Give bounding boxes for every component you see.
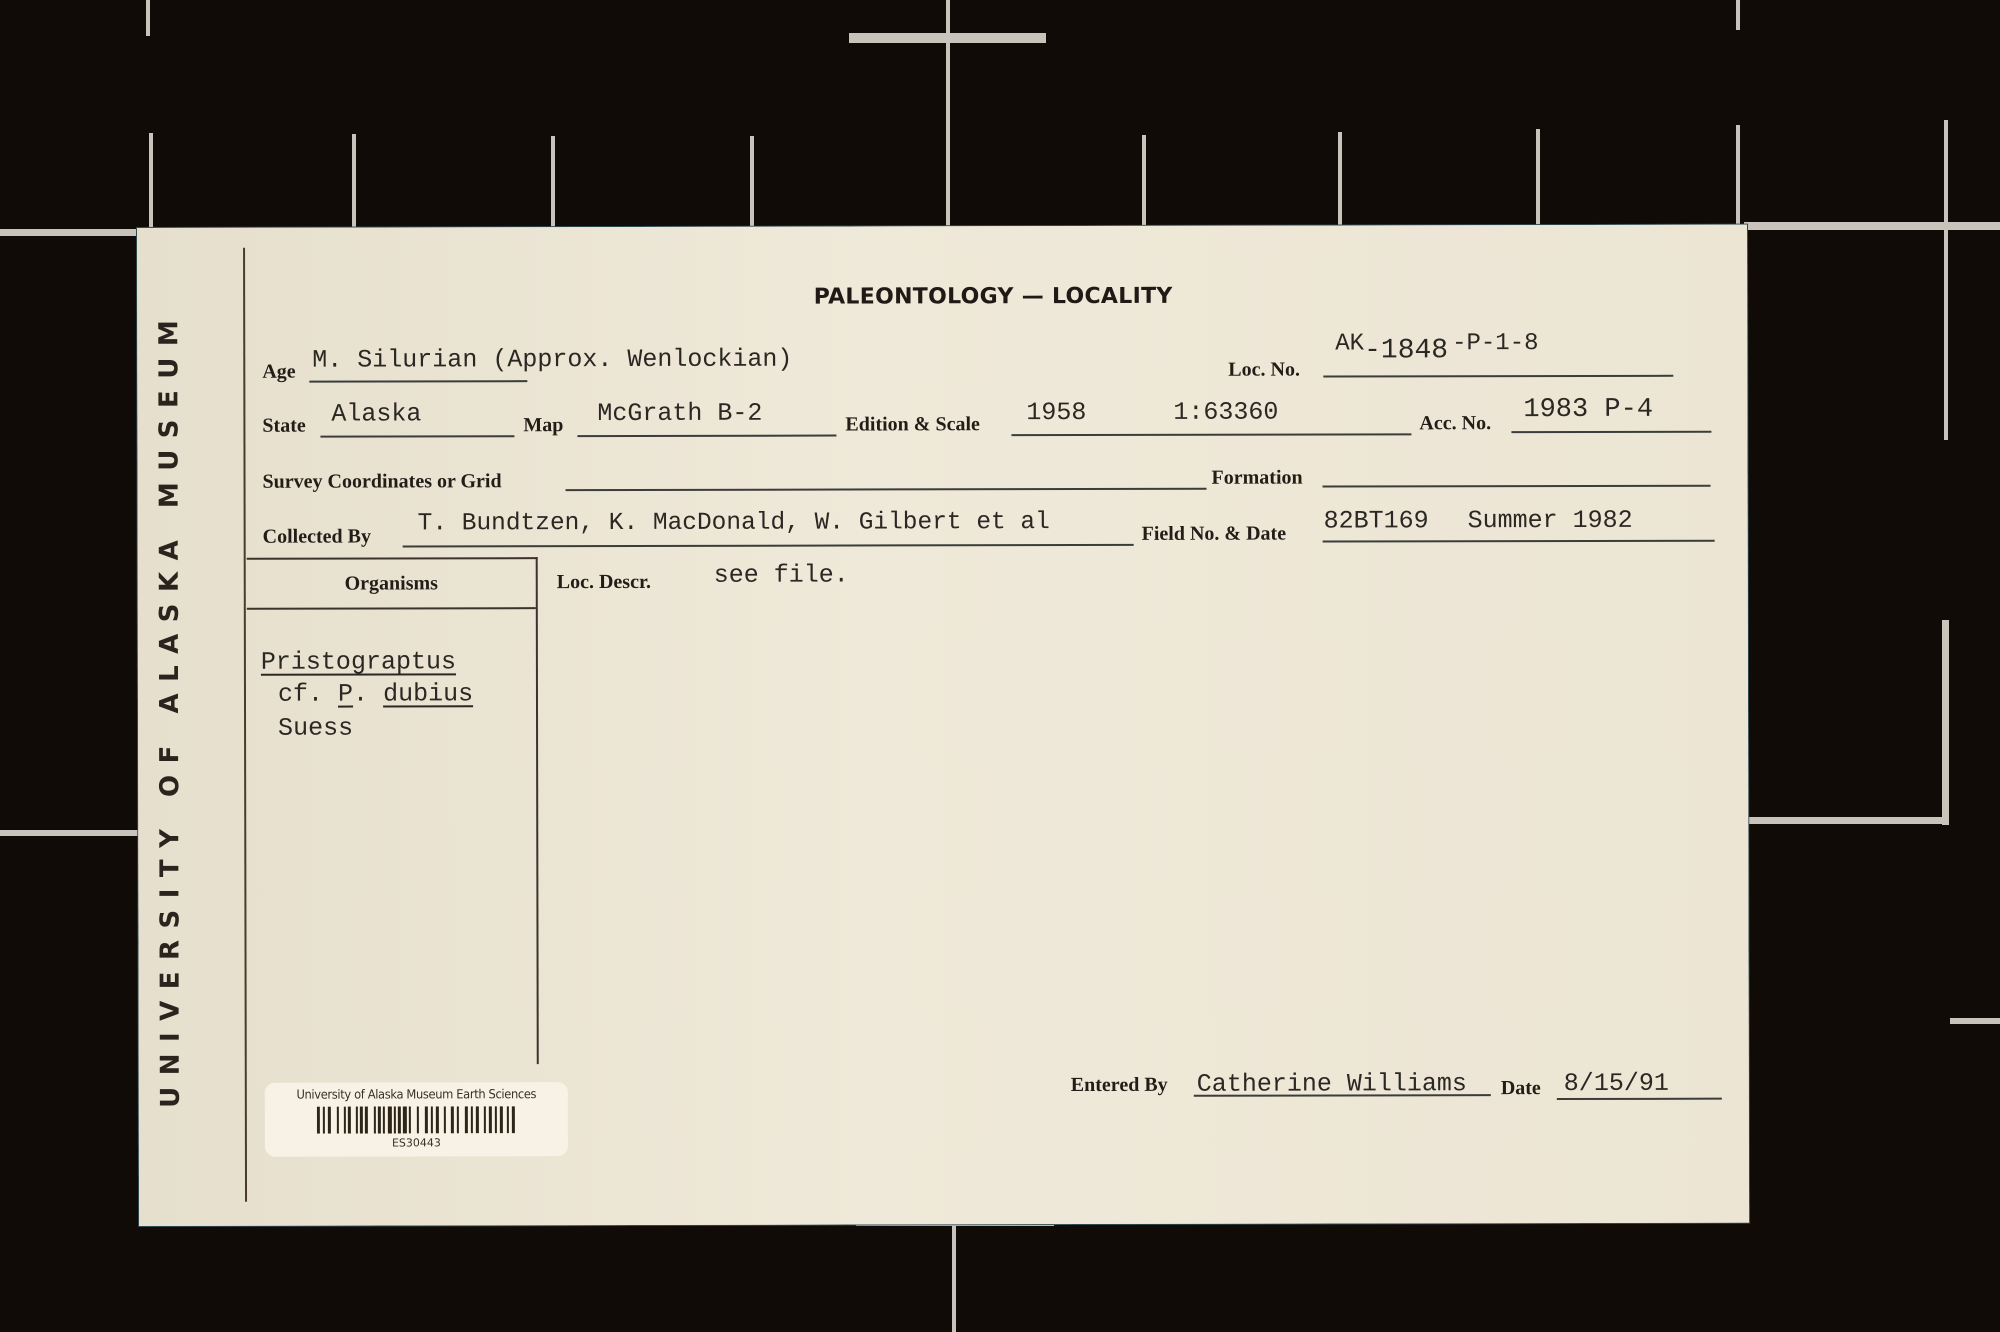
- date-value: 8/15/91: [1564, 1069, 1669, 1098]
- grid-line: [1950, 1018, 2000, 1024]
- organism-genus: Pristograptus: [261, 647, 456, 676]
- field-no-value: 82BT169: [1324, 506, 1429, 535]
- survey-label: Survey Coordinates or Grid: [263, 470, 502, 494]
- grid-line: [1744, 222, 2000, 230]
- collected-by-underline: [403, 544, 1134, 547]
- grid-line: [146, 0, 150, 36]
- field-date-value: Summer 1982: [1468, 506, 1633, 535]
- grid-line: [149, 133, 153, 233]
- entered-by-label: Entered By: [1071, 1074, 1168, 1097]
- formation-label: Formation: [1212, 467, 1303, 490]
- loc-no-suffix: -P-1-8: [1452, 330, 1538, 357]
- field-no-date-underline: [1323, 540, 1715, 542]
- organism-species: cf. P. dubius: [278, 679, 473, 708]
- barcode-institution: University of Alaska Museum Earth Scienc…: [277, 1086, 556, 1102]
- grid-line: [1736, 0, 1740, 30]
- state-label: State: [262, 415, 305, 438]
- collected-by-label: Collected By: [263, 526, 371, 549]
- field-no-date-label: Field No. & Date: [1142, 523, 1286, 546]
- date-label: Date: [1501, 1077, 1541, 1100]
- organisms-box: Organisms Pristograptus cf. P. dubius Su…: [247, 557, 539, 1065]
- abbr-dot: .: [353, 680, 368, 709]
- barcode-label: University of Alaska Museum Earth Scienc…: [265, 1082, 568, 1157]
- loc-no-main: -1848: [1364, 335, 1448, 366]
- survey-underline: [566, 488, 1207, 491]
- collected-by-value: T. Bundtzen, K. MacDonald, W. Gilbert et…: [418, 509, 1050, 537]
- barcode-icon: [317, 1106, 517, 1133]
- acc-no-underline: [1511, 431, 1711, 433]
- grid-line: [1942, 620, 1949, 825]
- species-name: dubius: [383, 679, 473, 708]
- grid-line: [1338, 132, 1342, 232]
- date-underline: [1557, 1098, 1722, 1100]
- loc-descr-value: see file.: [714, 561, 849, 590]
- age-label: Age: [262, 361, 295, 384]
- formation-underline: [1323, 485, 1711, 487]
- loc-no-underline: [1323, 375, 1673, 377]
- state-value: Alaska: [331, 399, 421, 428]
- cf-marker: cf.: [278, 680, 323, 709]
- map-value: McGrath B-2: [597, 399, 762, 428]
- grid-line: [0, 830, 140, 836]
- state-underline: [320, 435, 514, 437]
- map-underline: [577, 435, 836, 437]
- grid-line: [1944, 120, 1948, 440]
- edition-scale-label: Edition & Scale: [845, 413, 980, 436]
- barcode-number: ES30443: [265, 1136, 568, 1150]
- grid-line: [1736, 125, 1740, 230]
- organisms-header: Organisms: [247, 559, 536, 610]
- edition-scale-underline: [1011, 433, 1411, 435]
- grid-line: [849, 33, 1046, 43]
- locality-card: UNIVERSITY OF ALASKA MUSEUM PALEONTOLOGY…: [137, 225, 1749, 1226]
- loc-no-label: Loc. No.: [1228, 359, 1300, 382]
- organism-author: Suess: [278, 714, 353, 743]
- edition-value: 1958: [1026, 398, 1086, 427]
- card-title: PALEONTOLOGY — LOCALITY: [697, 284, 1289, 310]
- age-underline: [309, 380, 527, 382]
- age-value: M. Silurian (Approx. Wenlockian): [312, 345, 792, 375]
- loc-no-prefix: AK: [1335, 330, 1364, 357]
- genus-abbr: P: [338, 680, 353, 709]
- grid-line: [551, 136, 555, 232]
- grid-line: [352, 134, 356, 232]
- grid-line: [1745, 817, 1949, 824]
- grid-line: [0, 229, 140, 236]
- grid-line: [1536, 129, 1540, 230]
- genus-name: Pristograptus: [261, 647, 456, 676]
- acc-no-value: 1983 P-4: [1523, 395, 1653, 425]
- grid-line: [952, 1222, 956, 1332]
- loc-descr-label: Loc. Descr.: [557, 571, 651, 594]
- loc-no-value: AK-1848 -P-1-8: [1335, 327, 1538, 358]
- grid-line: [1142, 135, 1146, 232]
- scale-value: 1:63360: [1173, 398, 1278, 427]
- acc-no-label: Acc. No.: [1419, 412, 1491, 435]
- map-label: Map: [523, 414, 563, 437]
- institution-side-label: UNIVERSITY OF ALASKA MUSEUM: [140, 548, 201, 1108]
- grid-line: [750, 136, 754, 232]
